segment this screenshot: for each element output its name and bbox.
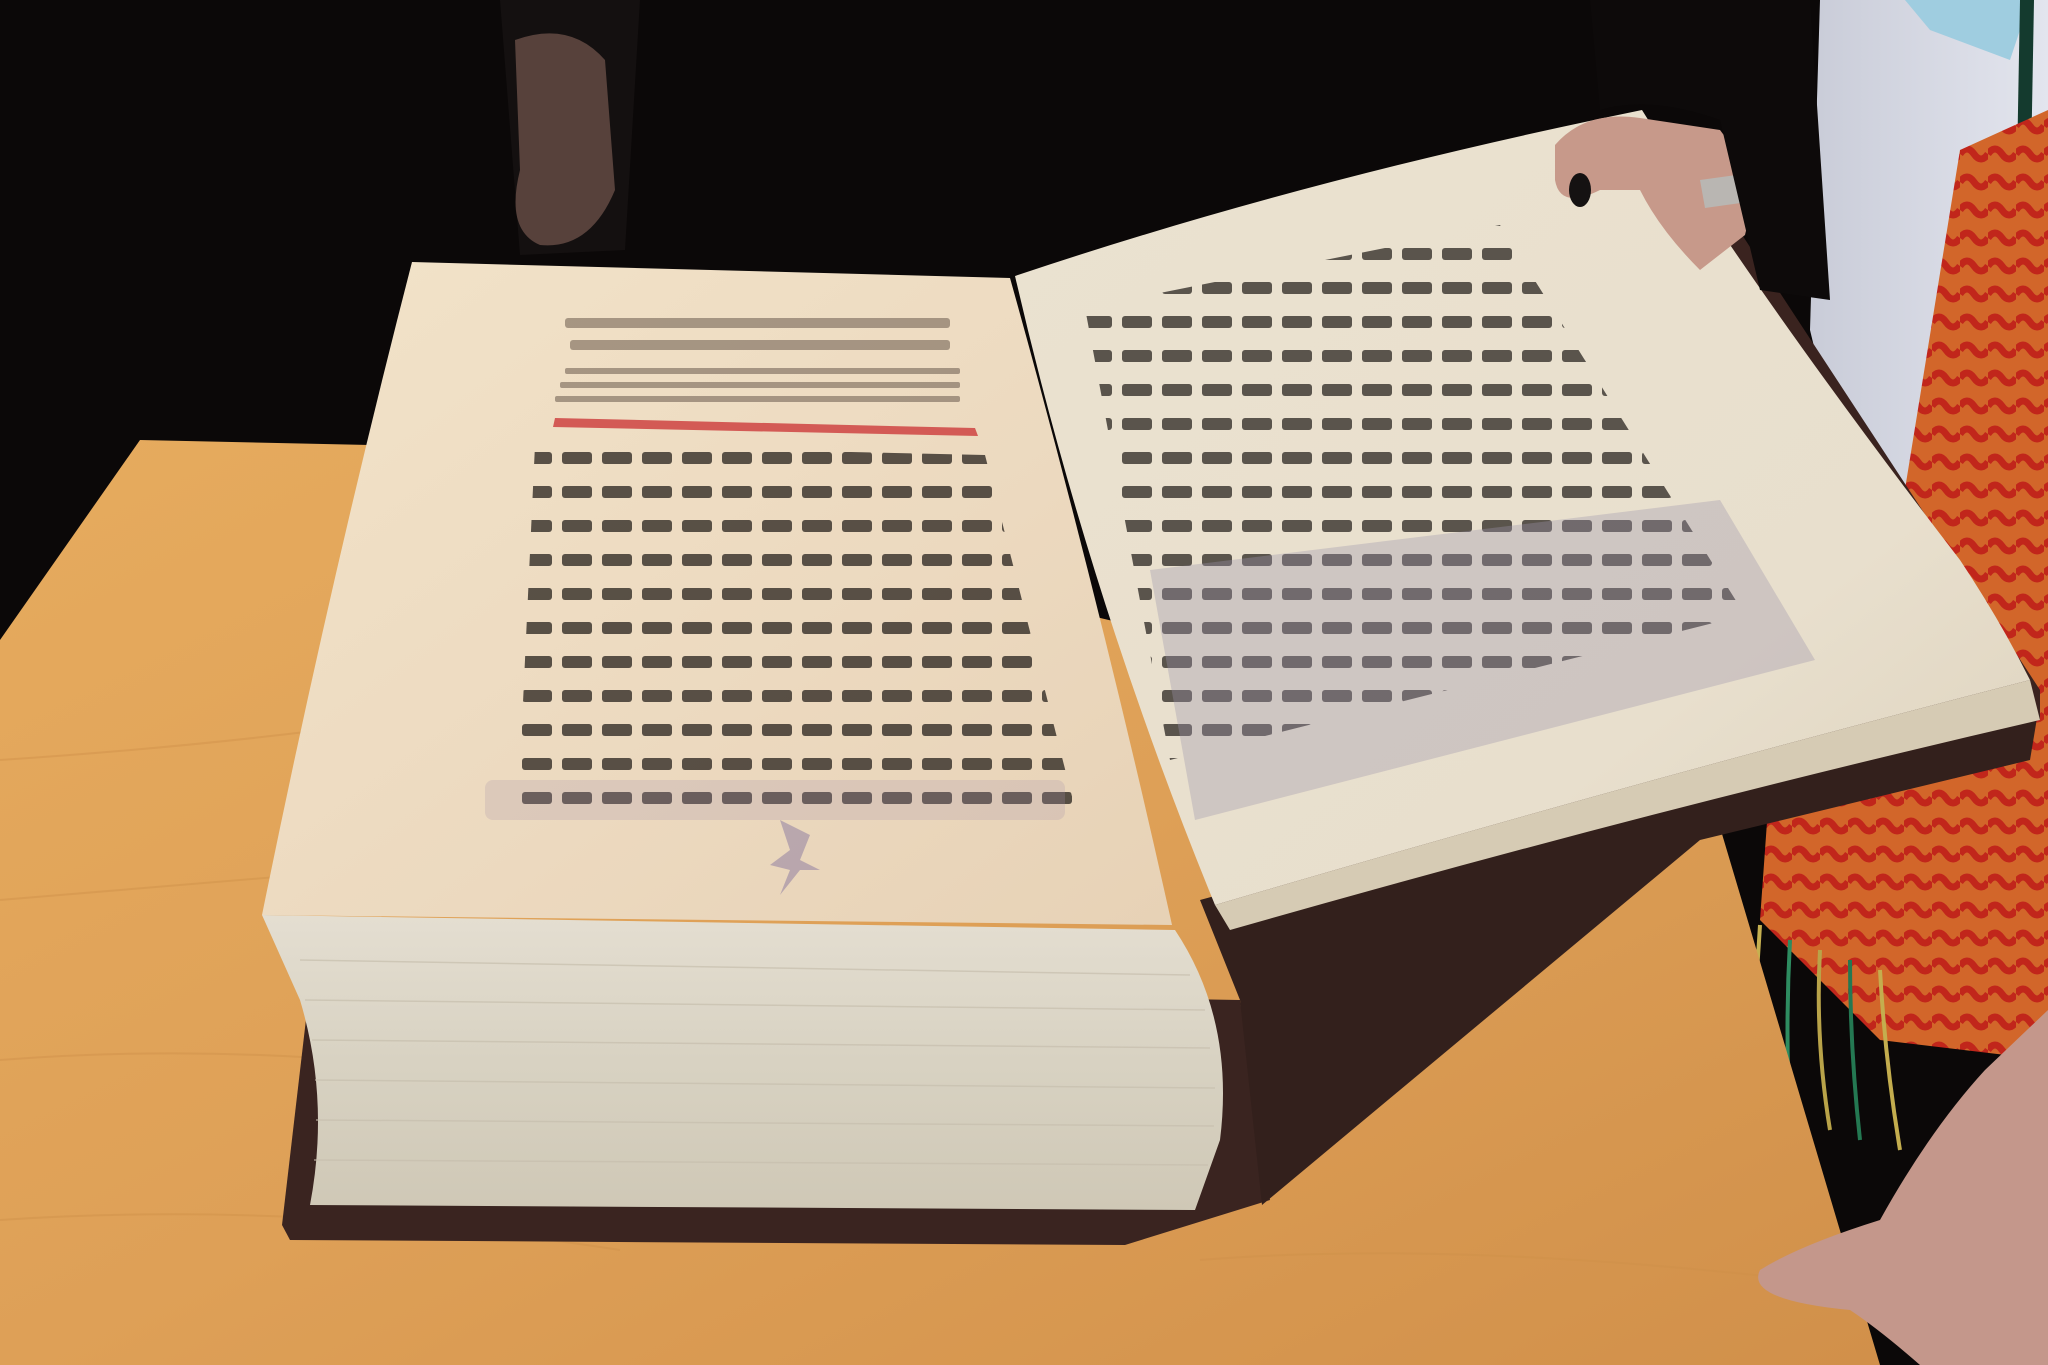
hand-upper-left — [515, 33, 615, 245]
black-nail — [1569, 173, 1591, 207]
page-edges — [262, 915, 1223, 1210]
left-page-text — [518, 445, 1078, 820]
photo-scene — [0, 0, 2048, 1365]
